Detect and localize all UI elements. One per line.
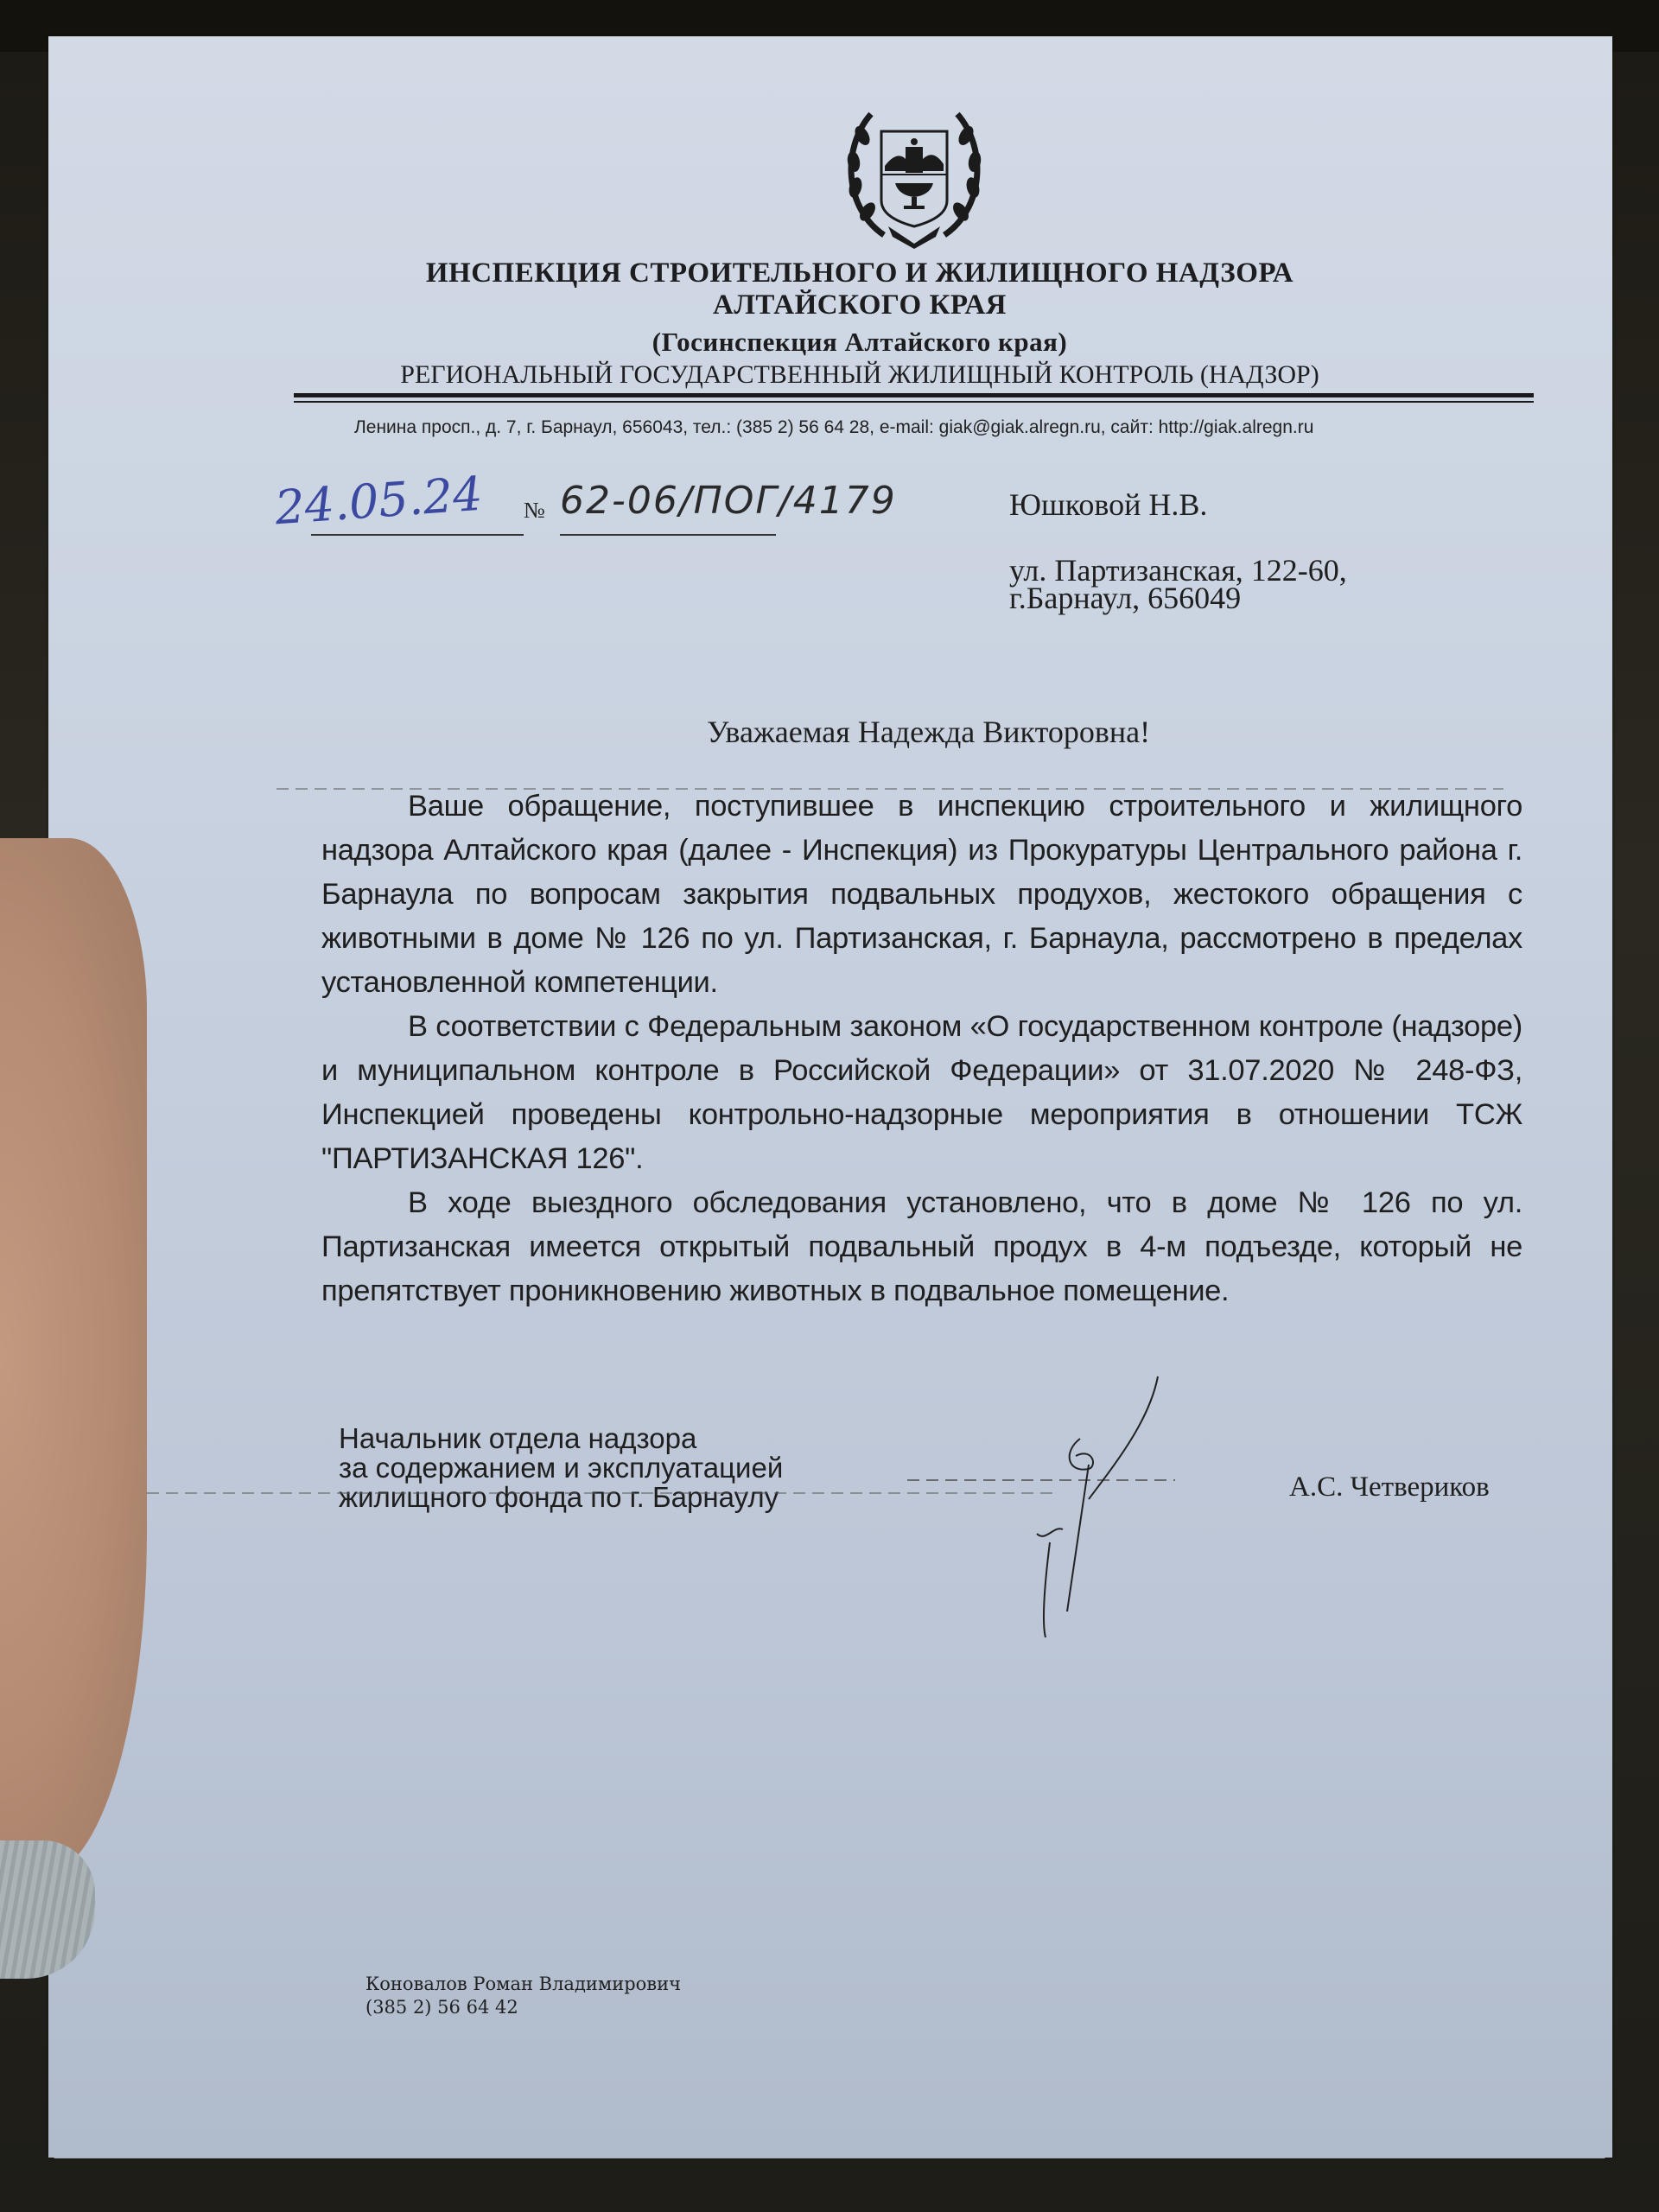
faint-bleed-line-2 [147,1492,1054,1494]
body-paragraph-3: В ходе выездного обследования установлен… [321,1181,1522,1313]
executor-name: Коновалов Роман Владимирович [365,1973,681,1996]
handwritten-reg-number: 62-06/ПОГ/4179 [560,479,897,523]
org-name-line1: ИНСПЕКЦИЯ СТРОИТЕЛЬНОГО И ЖИЛИЩНОГО НАДЗ… [294,257,1426,289]
org-contacts: Ленина просп., д. 7, г. Барнаул, 656043,… [354,417,1313,438]
executor-phone: (385 2) 56 64 42 [365,1996,681,2019]
salutation: Уважаемая Надежда Викторовна! [707,714,1150,750]
org-short-name: (Госинспекция Алтайского края) [294,327,1426,358]
date-underline [311,534,524,536]
number-underline [560,534,776,536]
signatory-position-line1: Начальник отдела надзора [339,1424,783,1453]
holding-hand [0,838,147,1875]
handwritten-signature-icon [985,1370,1175,1646]
org-name-line2: АЛТАЙСКОГО КРАЯ [294,289,1426,321]
executor-info: Коновалов Роман Владимирович (385 2) 56 … [365,1973,681,2019]
org-function: РЕГИОНАЛЬНЫЙ ГОСУДАРСТВЕННЫЙ ЖИЛИЩНЫЙ КО… [294,360,1426,390]
letterhead-rule-thin [294,401,1534,403]
letterhead-rule [294,393,1534,397]
signatory-position-line3: жилищного фонда по г. Барнаулу [339,1483,783,1512]
recipient-name: Юшковой Н.В. [1009,489,1207,520]
signatory-name: А.С. Четвериков [1289,1471,1490,1503]
body-paragraph-1: Ваше обращение, поступившее в инспекцию … [321,785,1522,1005]
recipient-address-line2: г.Барнаул, 656049 [1009,582,1241,613]
body-paragraph-2: В соответствии с Федеральным законом «О … [321,1005,1522,1181]
coat-of-arms-icon [836,97,992,249]
number-sign: № [524,498,545,524]
signatory-position: Начальник отдела надзора за содержанием … [339,1424,783,1512]
signatory-position-line2: за содержанием и эксплуатацией [339,1453,783,1483]
letter-body: Ваше обращение, поступившее в инспекцию … [321,785,1522,1313]
